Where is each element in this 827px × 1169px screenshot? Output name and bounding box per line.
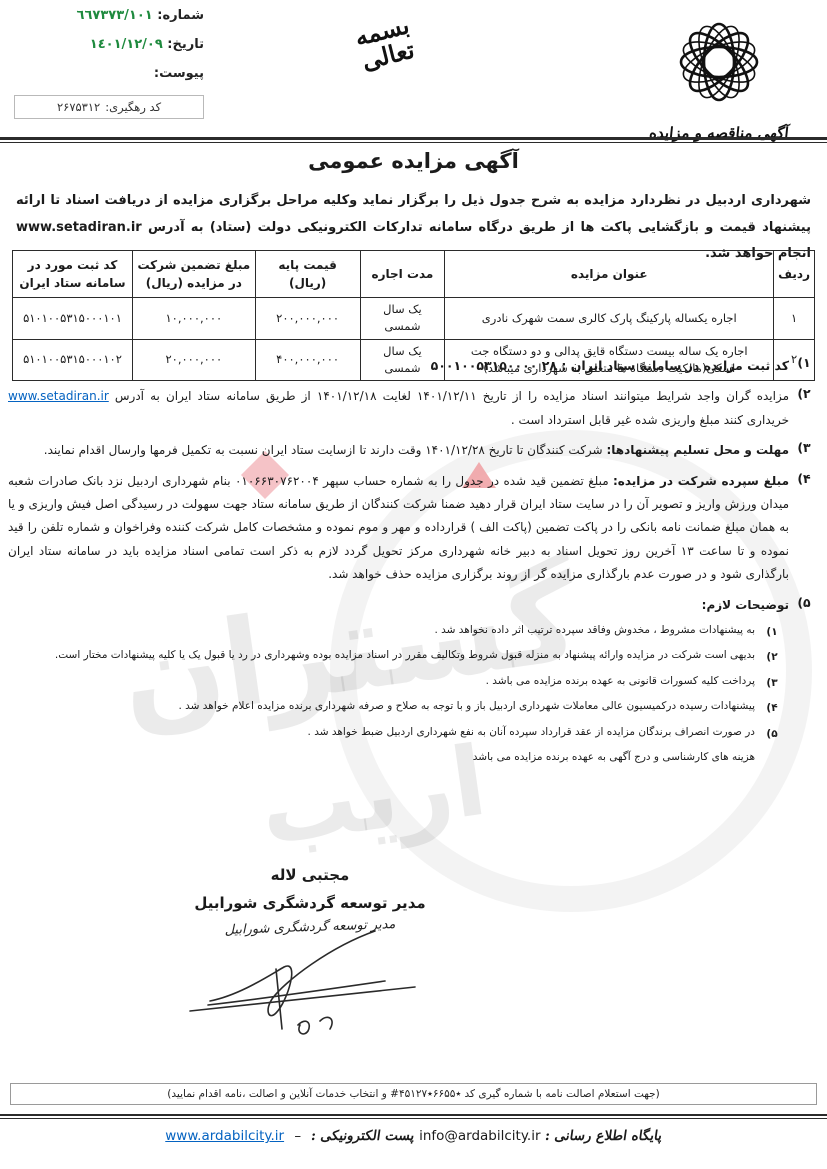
cell-base-1: ۲۰۰,۰۰۰,۰۰۰ [255,298,360,340]
sub-item-3: ۳) پرداخت کلیه کسورات قانونی به عهده برن… [8,672,789,693]
item-2-before-link: مزایده گران واجد شرایط میتوانند اسناد مز… [115,389,789,403]
col-base-price: قیمت پایه (ریال) [255,251,360,298]
letter-attachment-row: پیوست: [14,66,204,81]
list-item-4: ۴) مبلغ سپرده شرکت در مزایده: مبلغ تضمین… [8,470,819,587]
item-5-content: توضیحات لازم: ۱) به پیشنهادات مشروط ، مخ… [8,594,789,772]
col-duration: مدت اجاره [360,251,445,298]
sub-costs-text: هزینه های کارشناسی و درج آگهی به عهده بر… [8,748,755,767]
list-item-3: ۳) مهلت و محل تسلیم پیشنهادها: شرکت کنند… [8,439,819,462]
item-2-marker: ۲) [789,385,819,432]
item-4-lead: مبلغ سپرده شرکت در مزایده: [613,474,789,488]
dash-separator: – [294,1128,301,1144]
item-5-marker: ۵) [789,594,819,772]
tracking-code-box: کد رهگیری: ۲۶۷۵۳۱۲ [14,95,204,119]
sub-4-marker: ۴) [755,697,789,718]
letter-number-value: ٦٦٧٣٧٣/١٠١ [77,8,153,23]
item-4-body: مبلغ تضمین قید شده در جدول را به شماره ح… [8,474,789,582]
sub-2-text: بدیهی است شرکت در مزایده وارائه پیشنهاد … [8,646,755,667]
header-divider [0,137,827,143]
sub-item-4: ۴) پیشنهادات رسیده درکمیسیون عالی معاملا… [8,697,789,718]
conditions-list: ۱) کد ثبت مزایده در سامانه ستاد ایران : … [8,354,819,778]
sub-3-text: پرداخت کلیه کسورات قانونی به عهده برنده … [8,672,755,693]
table-row: ۱ اجاره یکساله پارکینگ پارک کالری سمت شه… [13,298,815,340]
cell-code-1: ۵۱۰۱۰۰۵۳۱۵۰۰۰۱۰۱ [13,298,133,340]
authenticity-note: (جهت استعلام اصالت نامه با شماره گیری کد… [167,1088,659,1100]
cell-row-1: ۱ [774,298,815,340]
col-row: ردیف [774,251,815,298]
letter-date-row: تاریخ: ١٤٠١/١٢/٠٩ [14,37,204,52]
sub-4-text: پیشنهادات رسیده درکمیسیون عالی معاملات ش… [8,697,755,718]
sub-1-marker: ۱) [755,621,789,642]
table-header-row: ردیف عنوان مزایده مدت اجاره قیمت پایه (ر… [13,251,815,298]
sub-5-text: در صورت انصراف برندگان مزایده از عقد قرا… [8,723,755,744]
email-label: پست الکترونیکی : [310,1128,416,1144]
letter-date-value: ١٤٠١/١٢/٠٩ [90,37,163,52]
item-1-text: کد ثبت مزایده در سامانه ستاد ایران : ۲۸ … [8,354,789,378]
municipality-logo: آگهی مناقصه و مزایده [639,2,799,142]
cell-deposit-1: ۱۰,۰۰۰,۰۰۰ [132,298,255,340]
footer-divider [0,1114,827,1119]
setadiran-site-bold: www.setadiran.ir [16,220,142,235]
rosette-logo-icon [657,2,781,124]
item-3-lead: مهلت و محل تسلیم پیشنهادها: [606,443,789,457]
item-4-marker: ۴) [789,470,819,587]
sub-item-1: ۱) به پیشنهادات مشروط ، مخدوش وفاقد سپرد… [8,621,789,642]
ardabilcity-link[interactable]: www.ardabilcity.ir [165,1128,284,1144]
item-1-marker: ۱) [789,354,819,378]
explanations-sublist: ۱) به پیشنهادات مشروط ، مخدوش وفاقد سپرد… [8,621,789,767]
tracking-code-value: ۲۶۷۵۳۱۲ [57,100,100,114]
item-2-text: مزایده گران واجد شرایط میتوانند اسناد مز… [8,385,789,432]
col-code: کد ثبت مورد در سامانه ستاد ایران [13,251,133,298]
email-address: info@ardabilcity.ir [419,1128,540,1144]
page-title: آگهی مزایده عمومی [0,149,827,173]
sub-item-costs: هزینه های کارشناسی و درج آگهی به عهده بر… [8,748,789,767]
item-3-text: مهلت و محل تسلیم پیشنهادها: شرکت کنندگان… [8,439,789,462]
sub-5-marker: ۵) [755,723,789,744]
col-title: عنوان مزایده [445,251,774,298]
signature-block: مجتبی لاله مدیر توسعه گردشگری شورابیل مد… [150,866,470,1039]
item-3-body: شرکت کنندگان تا تاریخ ۱۴۰۱/۱۲/۲۸ وقت دار… [44,443,603,457]
tracking-code-label: کد رهگیری: [105,100,161,114]
signer-name: مجتبی لاله [150,866,470,884]
sub-item-2: ۲) بدیهی است شرکت در مزایده وارائه پیشنه… [8,646,789,667]
portal-label: پایگاه اطلاع رسانی : [544,1128,663,1144]
item-5-lead: توضیحات لازم: [702,598,789,612]
item-3-marker: ۳) [789,439,819,462]
letter-date-label: تاریخ: [167,37,204,52]
sub-2-marker: ۲) [755,646,789,667]
authenticity-note-box: (جهت استعلام اصالت نامه با شماره گیری کد… [10,1083,817,1105]
col-deposit: مبلغ تضمین شرکت در مزایده (ریال) [132,251,255,298]
item-2-after-link: خریداری کنند مبلغ واریزی شده غیر قابل اس… [511,413,789,427]
sub-3-marker: ۳) [755,672,789,693]
contact-line: پایگاه اطلاع رسانی : www.ardabilcity.ir … [0,1128,827,1144]
letter-meta: شماره: ٦٦٧٣٧٣/١٠١ تاریخ: ١٤٠١/١٢/٠٩ پیوس… [14,8,204,119]
cell-duration-1: یک سال شمسی [360,298,445,340]
letter-number-label: شماره: [157,8,204,23]
letter-number-row: شماره: ٦٦٧٣٧٣/١٠١ [14,8,204,23]
letter-attachment-label: پیوست: [154,66,204,81]
bismillah-calligraphy: بسمه تعالی [326,5,445,80]
list-item-1: ۱) کد ثبت مزایده در سامانه ستاد ایران : … [8,354,819,378]
signer-role: مدیر توسعه گردشگری شورابیل [150,894,470,912]
setadiran-link[interactable]: www.setadiran.ir [8,389,109,403]
sub-1-text: به پیشنهادات مشروط ، مخدوش وفاقد سپرده ت… [8,621,755,642]
signature-scribble-icon [180,929,440,1039]
document-page: گستران اریب شماره: ٦٦٧٣٧٣/١٠١ تاریخ: ١٤٠… [0,0,827,1169]
cell-title-1: اجاره یکساله پارکینگ پارک کالری سمت شهرک… [445,298,774,340]
list-item-5: ۵) توضیحات لازم: ۱) به پیشنهادات مشروط ،… [8,594,819,772]
item-4-text: مبلغ سپرده شرکت در مزایده: مبلغ تضمین قی… [8,470,789,587]
list-item-2: ۲) مزایده گران واجد شرایط میتوانند اسناد… [8,385,819,432]
sub-item-5: ۵) در صورت انصراف برندگان مزایده از عقد … [8,723,789,744]
